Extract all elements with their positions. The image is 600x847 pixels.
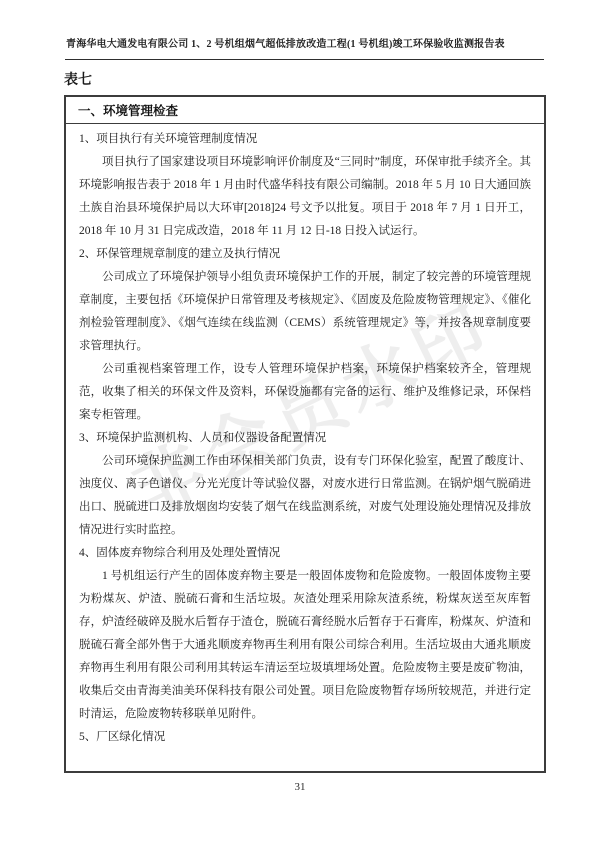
document-page: 青海华电大通发电有限公司 1、2 号机组烟气超低排放改造工程(1 号机组)竣工环… [0,0,600,847]
section-1-heading: 1、项目执行有关环境管理制度情况 [79,128,531,151]
environment-management-table: 一、环境管理检查 1、项目执行有关环境管理制度情况 项目执行了国家建设项目环境影… [64,95,546,773]
section-5-heading: 5、厂区绿化情况 [79,726,531,749]
section-4-paragraph-1: 1 号机组运行产生的固体废弃物主要是一般固体废物和危险废物。一般固体废物主要为粉… [79,565,531,726]
section-1-paragraph-1: 项目执行了国家建设项目环境影响评价制度及“三同时”制度，环保审批手续齐全。其环境… [79,151,531,243]
section-2-paragraph-2: 公司重视档案管理工作，设专人管理环境保护档案，环境保护档案较齐全，管理规范，收集… [79,358,531,427]
section-3-paragraph-1: 公司环境保护监测工作由环保相关部门负责，设有专门环保化验室，配置了酸度计、浊度仪… [79,450,531,542]
table-section-title: 一、环境管理检查 [66,97,544,124]
page-number: 31 [0,781,600,793]
document-header-title: 青海华电大通发电有限公司 1、2 号机组烟气超低排放改造工程(1 号机组)竣工环… [66,35,544,50]
section-2-heading: 2、环保管理规章制度的建立及执行情况 [79,243,531,266]
table-body: 1、项目执行有关环境管理制度情况 项目执行了国家建设项目环境影响评价制度及“三同… [66,124,544,749]
table-label: 表七 [64,69,92,89]
section-2-paragraph-1: 公司成立了环境保护领导小组负责环境保护工作的开展，制定了较完善的环境管理规章制度… [79,266,531,358]
header-divider [65,59,544,60]
section-4-heading: 4、固体废弃物综合利用及处理处置情况 [79,542,531,565]
section-3-heading: 3、环境保护监测机构、人员和仪器设备配置情况 [79,427,531,450]
